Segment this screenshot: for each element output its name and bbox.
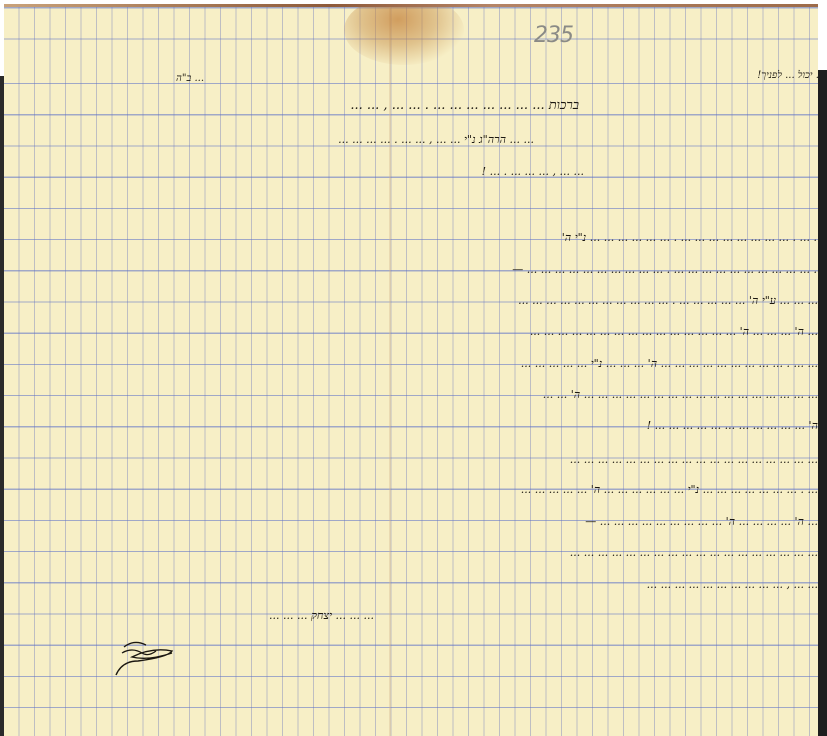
signature-flourish-icon	[112, 637, 182, 677]
body-p2-line-2: ... . ... ... ... ... ... ... ... נ"י ..…	[12, 483, 818, 497]
body-p1-line-7: ה' ... ... ... ... ... ... ... ... ... .…	[304, 419, 818, 433]
body-p1-line-2: ... ... ... ... ... ... ... ... ... ... …	[34, 263, 818, 277]
body-p1-line-1: ... ... . ... ... ... ... ... ... ... ..…	[34, 231, 818, 245]
paper-top-edge	[4, 4, 818, 7]
blessing-line-1: ברכות ... ... ... ... ... ... ... . ... …	[109, 99, 579, 113]
closing-line: ... ... ... יצחק ... ... ...	[114, 609, 374, 623]
body-p2-line-5: ... ... , ... ... ... ... ... ... ... ..…	[294, 578, 818, 592]
body-p1-line-5: ... ... . ... ... ... ... ... ... ... ..…	[12, 357, 818, 371]
blessing-line-2: ... ... הרה"ג נ"י ... ... , ... ... . ..…	[104, 133, 534, 147]
page-number: 235	[534, 23, 573, 48]
body-p1-line-6: ... ... ... ... ... ... ... ... ... ... …	[12, 388, 818, 402]
body-p2-line-3: ... ה' ... ... ... ... ה' ... ... ... ..…	[34, 515, 818, 529]
body-p1-line-4: ... ה' ... ... ... ה' ... ... ... ... ..…	[12, 325, 818, 339]
letter-paper: 235 הנה תו' ... יכול ... לפניך! ... ב"ה …	[4, 5, 818, 736]
header-salutation-left: ... ב"ה	[124, 72, 204, 86]
blessing-line-3: ... ... , ... ... ... . ... !	[334, 165, 584, 179]
scan-border-right	[817, 70, 827, 736]
header-salutation-right: הנה תו' ... יכול ... לפניך!	[508, 69, 818, 83]
body-p2-line-4: ... ... ... ... ... ... ... ... ... ... …	[12, 546, 818, 560]
body-p1-line-3: ... ... ... ע"י ה' ... ... ... ... ... .…	[12, 294, 818, 308]
body-p2-line-1: ... ... ... ... ... ... ... ... ... ... …	[12, 453, 818, 467]
